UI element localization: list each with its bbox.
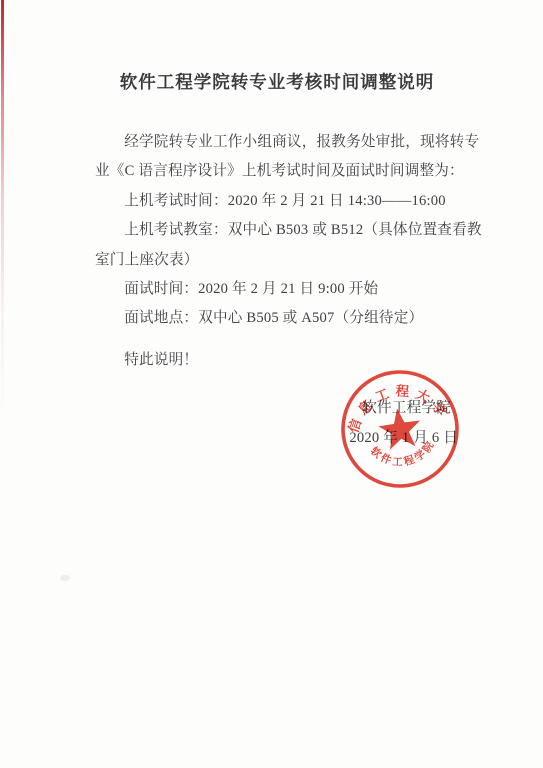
exam-time-line: 上机考试时间：2020 年 2 月 21 日 14:30——16:00 — [95, 187, 459, 216]
interview-time-line: 面试时间：2020 年 2 月 21 日 9:00 开始 — [95, 275, 459, 304]
scan-edge-red-line — [1, 0, 4, 420]
paragraph-intro-line1: 经学院转专业工作小组商议，报教务处审批，现将转专 — [95, 128, 459, 157]
exam-room-line1: 上机考试教室：双中心 B503 或 B512（具体位置查看教 — [95, 216, 459, 245]
document-page: 软件工程学院转专业考核时间调整说明 经学院转专业工作小组商议，报教务处审批，现将… — [0, 0, 543, 768]
exam-room-line2: 室门上座次表） — [95, 246, 459, 275]
interview-place-line: 面试地点：双中心 B505 或 A507（分组待定） — [95, 304, 459, 333]
seal-bottom-text: 软件工程学院 — [367, 436, 441, 474]
svg-text:软件工程学院: 软件工程学院 — [367, 436, 441, 474]
scan-smudge — [60, 575, 70, 581]
page-title: 软件工程学院转专业考核时间调整说明 — [95, 70, 459, 94]
official-seal-icon: 信息工程大学 软件工程学院 — [329, 358, 471, 500]
paragraph-intro-line2: 业《C 语言程序设计》上机考试时间及面试时间调整为： — [95, 157, 459, 186]
star-icon — [376, 405, 423, 451]
